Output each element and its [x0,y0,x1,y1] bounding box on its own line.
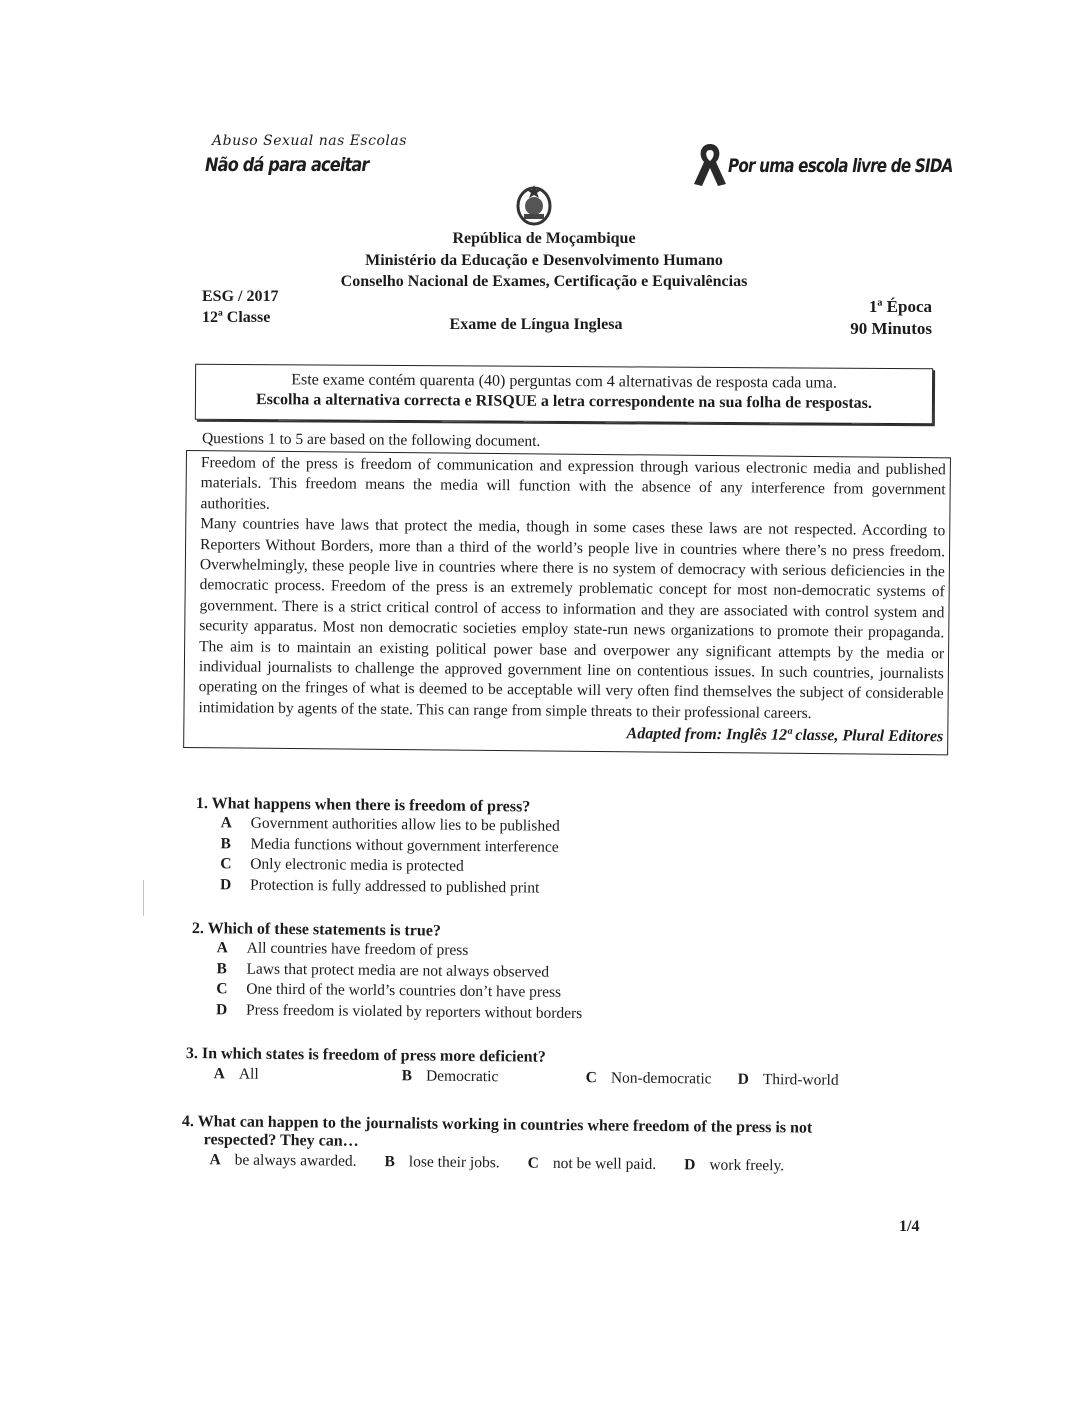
option-letter: B [220,834,250,855]
passage-intro: Questions 1 to 5 are based on the follow… [202,430,541,451]
answer-option[interactable]: CNon-democratic [586,1069,738,1089]
answer-option[interactable]: AAll [214,1065,402,1085]
question-3: 3. In which states is freedom of press m… [186,1045,906,1091]
instructions-line-2: Escolha a alternativa correcta e RISQUE … [196,390,932,414]
option-letter: C [216,979,246,1000]
option-text: be always awarded. [235,1152,357,1171]
exam-meta-right: 1ª Época 90 Minutos [800,296,932,340]
exam-duration: 90 Minutos [800,318,932,340]
question-4: 4. What can happen to the journalists wo… [181,1113,922,1177]
answer-option[interactable]: BDemocratic [402,1067,586,1087]
option-text: All countries have freedom of press [247,939,469,962]
option-letter: C [586,1069,597,1087]
option-letter: D [216,1000,246,1021]
option-text: Non-democratic [611,1069,712,1088]
exam-code: ESG / 2017 [202,286,278,307]
passage-paragraph: Many countries have laws that protect th… [198,514,945,725]
exam-season: 1ª Época [800,296,932,318]
option-text: Protection is fully addressed to publish… [250,875,539,899]
option-text: Press freedom is violated by reporters w… [246,1000,582,1024]
option-letter: A [209,1151,220,1169]
margin-pen-mark [143,880,144,916]
answer-option[interactable]: Cnot be well paid. [528,1155,657,1174]
answer-option[interactable]: DProtection is fully addressed to publis… [195,874,559,898]
question-2: 2. Which of these statements is true? AA… [191,920,583,1024]
option-letter: A [221,813,251,834]
option-letter: B [384,1153,395,1171]
option-letter: D [220,875,250,896]
option-letter: D [684,1156,695,1174]
instructions-box: Este exame contém quarenta (40) pergunta… [195,364,933,425]
option-text: Third-world [763,1071,839,1090]
banner-left-slogan: Não dá para aceitar [205,154,369,176]
answer-option[interactable]: DPress freedom is violated by reporters … [191,999,582,1024]
option-letter: B [402,1067,413,1085]
awareness-ribbon-icon [690,140,730,188]
banner-right-slogan: Por uma escola livre de SIDA [728,155,953,177]
answer-option[interactable]: Dwork freely. [684,1156,784,1175]
passage-paragraph: Freedom of the press is freedom of commu… [200,453,946,521]
option-letter: A [214,1065,225,1083]
mozambique-coat-of-arms-icon [514,184,554,226]
option-text: Democratic [426,1068,498,1087]
option-letter: A [217,938,247,959]
answer-option[interactable]: Abe always awarded. [209,1151,356,1171]
option-letter: C [528,1155,539,1173]
answer-option[interactable]: DThird-world [738,1071,839,1090]
option-letter: B [216,959,246,980]
passage-source: Adapted from: Inglês 12ª classe, Plural … [198,720,943,748]
option-text: Only electronic media is protected [250,855,464,878]
header-ministry: Ministério da Educação e Desenvolvimento… [0,252,1088,270]
page-number: 1/4 [899,1218,919,1236]
option-text: All [239,1066,259,1084]
option-letter: C [220,854,250,875]
option-letter: D [738,1071,749,1089]
answer-option[interactable]: Blose their jobs. [384,1153,499,1172]
header-country: República de Moçambique [0,230,1088,248]
question-1: 1. What happens when there is freedom of… [195,795,560,899]
header-council: Conselho Nacional de Exames, Certificaçã… [0,273,1088,291]
option-text: work freely. [709,1157,784,1176]
option-text: lose their jobs. [409,1153,500,1172]
reading-passage: Freedom of the press is freedom of commu… [183,450,951,755]
banner-script-line: Abuso Sexual nas Escolas [212,133,407,149]
option-text: not be well paid. [553,1155,656,1174]
